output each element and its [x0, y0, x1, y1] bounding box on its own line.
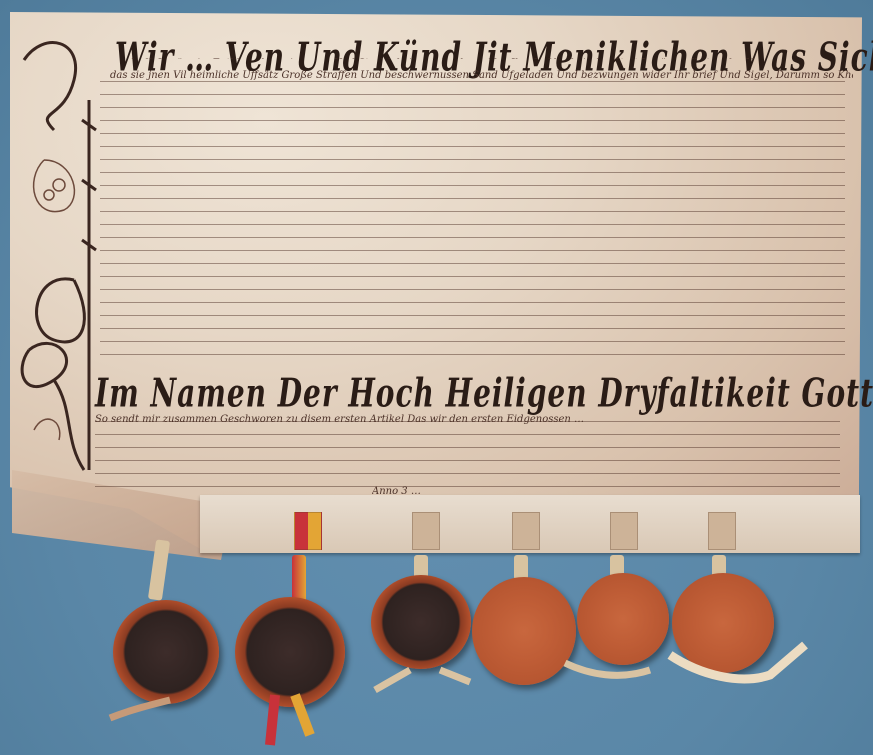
subheading-line-1: schafft Lucärn jm Entlibuoch … ein gstan… [120, 58, 853, 59]
body-text-block-1 [100, 72, 845, 362]
seal-ribbon-1 [100, 690, 180, 730]
heading-line-2: Im Namen Der Hoch Heiligen Dryfaltikeit … [95, 370, 873, 416]
seal-ribbon-2 [255, 690, 325, 750]
seal-tab-4 [512, 512, 540, 550]
seal-tab-5 [610, 512, 638, 550]
seal-ribbon-6 [660, 635, 820, 695]
seal-tab-6 [708, 512, 736, 550]
seal-tab-2 [294, 512, 322, 550]
wax-seal-1 [113, 600, 219, 704]
wax-seal-3 [371, 575, 471, 669]
seal-tab-3 [412, 512, 440, 550]
wax-seal-5 [577, 573, 669, 665]
body-text-block-2 [95, 412, 840, 490]
seal-ribbon-3 [370, 660, 480, 700]
closing-note: Anno 3 … [372, 486, 432, 498]
seal-ribbon-5 [560, 655, 660, 685]
decorated-initial-ornament [14, 30, 104, 490]
